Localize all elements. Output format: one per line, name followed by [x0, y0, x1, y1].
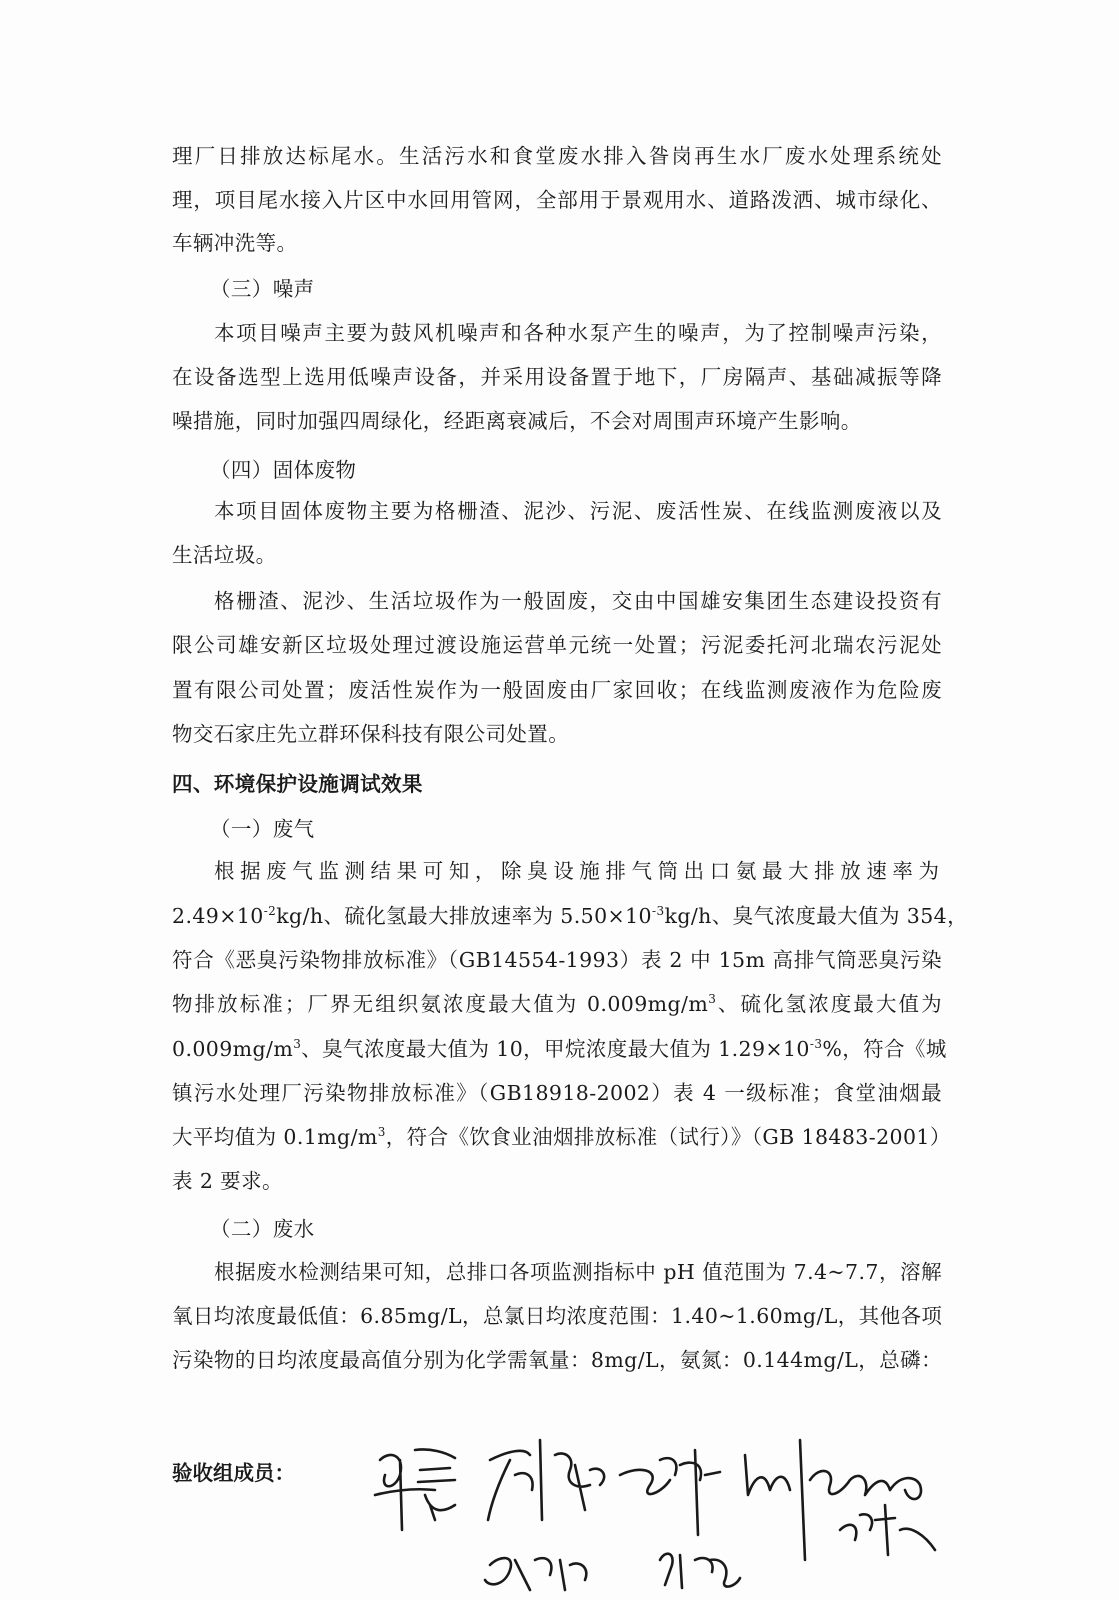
section-title-exhaust: （一）废气	[210, 815, 980, 843]
paragraph-line: 物排放标准；厂界无组织氨浓度最大值为 0.009mg/m3、硫化氢浓度最大值为	[172, 990, 942, 1018]
paragraph-line: 噪措施，同时加强四周绿化，经距离衰减后，不会对周围声环境产生影响。	[172, 407, 942, 435]
paragraph-line: 物交石家庄先立群环保科技有限公司处置。	[172, 720, 942, 748]
section-title-noise: （三）噪声	[210, 275, 980, 303]
paragraph-line: 格栅渣、泥沙、生活垃圾作为一般固废，交由中国雄安集团生态建设投资有	[214, 587, 942, 615]
handwritten-signatures	[360, 1420, 1000, 1600]
paragraph-line: 生活垃圾。	[172, 541, 942, 569]
signature-strokes-icon	[360, 1420, 1000, 1600]
document-page: 理厂日排放达标尾水。生活污水和食堂废水排入昝岗再生水厂废水处理系统处 理，项目尾…	[0, 0, 1119, 1600]
paragraph-line: 车辆冲洗等。	[172, 229, 942, 257]
paragraph-line: 2.49×10-2kg/h、硫化氢最大排放速率为 5.50×10-3kg/h、臭…	[172, 902, 942, 930]
acceptance-group-label: 验收组成员：	[172, 1456, 295, 1486]
paragraph-line: 0.009mg/m3、臭气浓度最大值为 10，甲烷浓度最大值为 1.29×10-…	[172, 1035, 942, 1063]
section-heading-4: 四、环境保护设施调试效果	[172, 770, 942, 798]
paragraph-line: 大平均值为 0.1mg/m3，符合《饮食业油烟排放标准（试行）》（GB 1848…	[172, 1123, 942, 1151]
paragraph-line: 污染物的日均浓度最高值分别为化学需氧量：8mg/L，氨氮：0.144mg/L，总…	[172, 1346, 942, 1374]
paragraph-line: 镇污水处理厂污染物排放标准》（GB18918-2002）表 4 一级标准；食堂油…	[172, 1079, 942, 1107]
paragraph-line: 本项目噪声主要为鼓风机噪声和各种水泵产生的噪声，为了控制噪声污染，	[214, 319, 942, 347]
paragraph-line: 表 2 要求。	[172, 1167, 942, 1195]
paragraph-line: 本项目固体废物主要为格栅渣、泥沙、污泥、废活性炭、在线监测废液以及	[214, 497, 942, 525]
section-title-solid-waste: （四）固体废物	[210, 456, 980, 484]
paragraph-line: 根据废水检测结果可知，总排口各项监测指标中 pH 值范围为 7.4~7.7，溶解	[214, 1258, 942, 1286]
paragraph-line: 限公司雄安新区垃圾处理过渡设施运营单元统一处置；污泥委托河北瑞农污泥处	[172, 631, 942, 659]
paragraph-line: 在设备选型上选用低噪声设备，并采用设备置于地下，厂房隔声、基础减振等降	[172, 363, 942, 391]
paragraph-line: 氧日均浓度最低值：6.85mg/L，总氯日均浓度范围：1.40~1.60mg/L…	[172, 1302, 942, 1330]
section-title-wastewater: （二）废水	[210, 1215, 980, 1243]
paragraph-line: 根据废气监测结果可知，除臭设施排气筒出口氨最大排放速率为	[214, 857, 942, 885]
paragraph-line: 符合《恶臭污染物排放标准》（GB14554-1993）表 2 中 15m 高排气…	[172, 946, 942, 974]
paragraph-line: 理，项目尾水接入片区中水回用管网，全部用于景观用水、道路泼洒、城市绿化、	[172, 186, 942, 214]
paragraph-line: 理厂日排放达标尾水。生活污水和食堂废水排入昝岗再生水厂废水处理系统处	[172, 142, 942, 170]
paragraph-line: 置有限公司处置；废活性炭作为一般固废由厂家回收；在线监测废液作为危险废	[172, 676, 942, 704]
